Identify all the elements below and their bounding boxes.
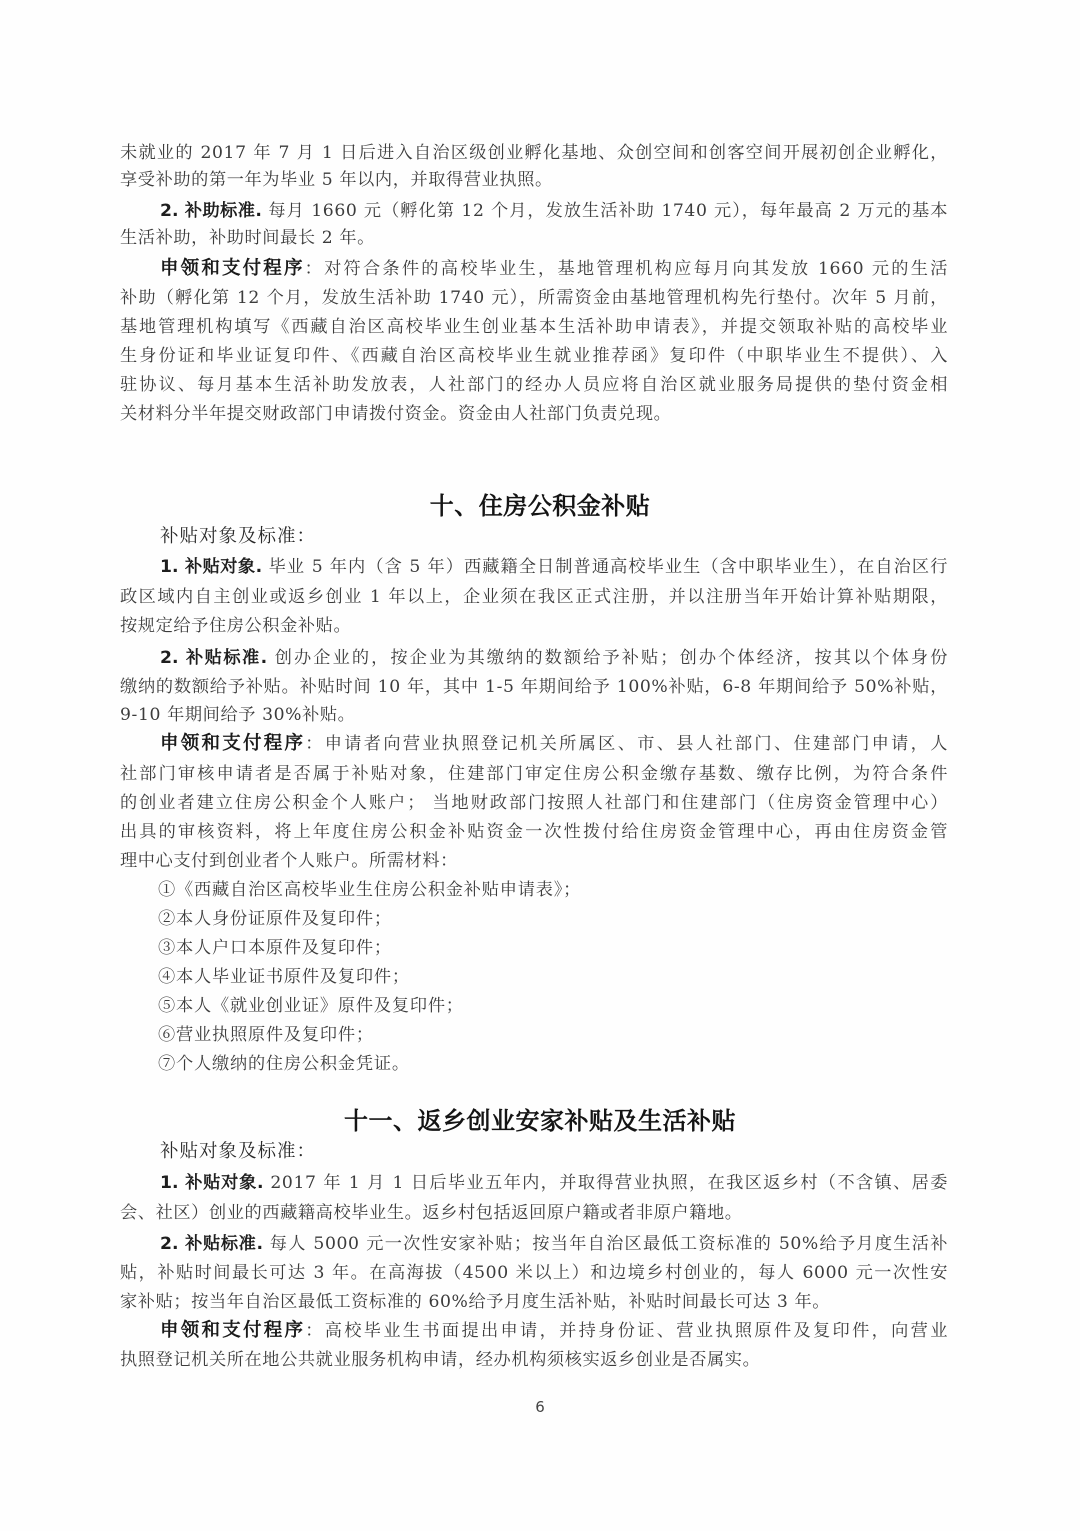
paragraph-line: 执照登记机关所在地公共就业服务机构申请，经办机构须核实返乡创业是否属实。 xyxy=(120,1347,948,1373)
subsidy-standard-label: 2. 补助标准. xyxy=(160,201,262,221)
subsidy-standard-paragraph: 2. 补助标准. 每月 1660 元（孵化第 12 个月，发放生活补助 1740… xyxy=(160,198,948,224)
paragraph-line: 出具的审核资料，将上年度住房公积金补贴资金一次性拨付给住房资金管理中心，再由住房… xyxy=(120,819,948,845)
paragraph-text: 每月 1660 元（孵化第 12 个月，发放生活补助 1740 元），每年最高 … xyxy=(262,201,948,221)
section-subheading: 补贴对象及标准： xyxy=(160,1139,316,1165)
paragraph-line: 贴，补贴时间最长可达 3 年。在高海拔（4500 米以上）和边境乡村创业的，每人… xyxy=(120,1260,948,1286)
subsidy-target-paragraph: 1. 补贴对象. 毕业 5 年内（含 5 年）西藏籍全日制普通高校毕业生（含中职… xyxy=(160,554,948,580)
procedure-label: 申领和支付程序 xyxy=(160,733,305,754)
paragraph-line: 缴纳的数额给予补贴。补贴时间 10 年，其中 1-5 年期间给予 100%补贴，… xyxy=(120,674,948,700)
paragraph-line: 理中心支付到创业者个人账户。所需材料： xyxy=(120,848,948,874)
paragraph-line: 驻协议、每月基本生活补助发放表，人社部门的经办人员应将自治区就业服务局提供的垫付… xyxy=(120,372,948,398)
paragraph-text: ：申请者向营业执照登记机关所属区、市、县人社部门、住建部门申请，人 xyxy=(305,734,948,754)
procedure-paragraph: 申领和支付程序：对符合条件的高校毕业生，基地管理机构应每月向其发放 1660 元… xyxy=(160,256,948,282)
paragraph-line: 政区域内自主创业或返乡创业 1 年以上，企业须在我区正式注册，并以注册当年开始计… xyxy=(120,584,948,610)
materials-list-item: ⑦个人缴纳的住房公积金凭证。 xyxy=(158,1051,410,1077)
paragraph-line: 按规定给予住房公积金补贴。 xyxy=(120,613,948,639)
page-number: 6 xyxy=(0,1398,1080,1416)
section-heading-return-home-startup: 十一、返乡创业安家补贴及生活补贴 xyxy=(0,1105,1080,1137)
subsidy-target-paragraph: 1. 补贴对象. 2017 年 1 月 1 日后毕业五年内，并取得营业执照，在我… xyxy=(160,1170,948,1196)
paragraph-line: 家补贴；按当年自治区最低工资标准的 60%给予月度生活补贴，补贴时间最长可达 3… xyxy=(120,1289,948,1315)
paragraph-text: ：对符合条件的高校毕业生，基地管理机构应每月向其发放 1660 元的生活 xyxy=(305,259,948,279)
subsidy-standard-label: 2. 补贴标准. xyxy=(160,648,267,668)
materials-list-item: ③本人户口本原件及复印件； xyxy=(158,935,392,961)
paragraph-line: 社部门审核申请者是否属于补贴对象，住建部门审定住房公积金缴存基数、缴存比例，为符… xyxy=(120,761,948,787)
paragraph-line: 生身份证和毕业证复印件、《西藏自治区高校毕业生就业推荐函》复印件（中职毕业生不提… xyxy=(120,343,948,369)
paragraph-text: 2017 年 1 月 1 日后毕业五年内，并取得营业执照，在我区返乡村（不含镇、… xyxy=(264,1173,948,1193)
subsidy-target-label: 1. 补贴对象. xyxy=(160,557,262,577)
paragraph-text: 每人 5000 元一次性安家补贴；按当年自治区最低工资标准的 50%给予月度生活… xyxy=(263,1234,948,1254)
paragraph-text: 创办企业的，按企业为其缴纳的数额给予补贴；创办个体经济，按其以个体身份 xyxy=(267,648,948,668)
materials-list-item: ②本人身份证原件及复印件； xyxy=(158,906,392,932)
subsidy-standard-paragraph: 2. 补贴标准. 创办企业的，按企业为其缴纳的数额给予补贴；创办个体经济，按其以… xyxy=(160,645,948,671)
paragraph-line: 会、社区）创业的西藏籍高校毕业生。返乡村包括返回原户籍或者非原户籍地。 xyxy=(120,1200,948,1226)
materials-list-item: ①《西藏自治区高校毕业生住房公积金补贴申请表》； xyxy=(158,877,581,903)
procedure-paragraph: 申领和支付程序：申请者向营业执照登记机关所属区、市、县人社部门、住建部门申请，人 xyxy=(160,731,948,757)
materials-list-item: ④本人毕业证书原件及复印件； xyxy=(158,964,410,990)
procedure-label: 申领和支付程序 xyxy=(160,258,305,279)
document-page: 未就业的 2017 年 7 月 1 日后进入自治区级创业孵化基地、众创空间和创客… xyxy=(0,0,1080,1531)
subsidy-target-label: 1. 补贴对象. xyxy=(160,1173,264,1193)
subsidy-standard-label: 2. 补贴标准. xyxy=(160,1234,263,1254)
paragraph-line: 关材料分半年提交财政部门申请拨付资金。资金由人社部门负责兑现。 xyxy=(120,401,948,427)
paragraph-line: 享受补助的第一年为毕业 5 年以内，并取得营业执照。 xyxy=(120,167,948,193)
materials-list-item: ⑥营业执照原件及复印件； xyxy=(158,1022,374,1048)
section-subheading: 补贴对象及标准： xyxy=(160,524,316,550)
subsidy-standard-paragraph: 2. 补贴标准. 每人 5000 元一次性安家补贴；按当年自治区最低工资标准的 … xyxy=(160,1231,948,1257)
paragraph-line: 9-10 年期间给予 30%补贴。 xyxy=(120,702,948,728)
paragraph-text: ：高校毕业生书面提出申请，并持身份证、营业执照原件及复印件，向营业 xyxy=(305,1321,948,1341)
paragraph-line: 补助（孵化第 12 个月，发放生活补助 1740 元），所需资金由基地管理机构先… xyxy=(120,285,948,311)
paragraph-text: 毕业 5 年内（含 5 年）西藏籍全日制普通高校毕业生（含中职毕业生），在自治区… xyxy=(262,557,948,577)
procedure-paragraph: 申领和支付程序：高校毕业生书面提出申请，并持身份证、营业执照原件及复印件，向营业 xyxy=(160,1318,948,1344)
materials-list-item: ⑤本人《就业创业证》原件及复印件； xyxy=(158,993,464,1019)
paragraph-line: 基地管理机构填写《西藏自治区高校毕业生创业基本生活补助申请表》，并提交领取补贴的… xyxy=(120,314,948,340)
paragraph-line: 生活补助，补助时间最长 2 年。 xyxy=(120,225,948,251)
section-heading-housing-fund: 十、住房公积金补贴 xyxy=(0,490,1080,522)
paragraph-line: 的创业者建立住房公积金个人账户； 当地财政部门按照人社部门和住建部门（住房资金管… xyxy=(120,790,948,816)
procedure-label: 申领和支付程序 xyxy=(160,1320,305,1341)
paragraph-line: 未就业的 2017 年 7 月 1 日后进入自治区级创业孵化基地、众创空间和创客… xyxy=(120,140,948,166)
